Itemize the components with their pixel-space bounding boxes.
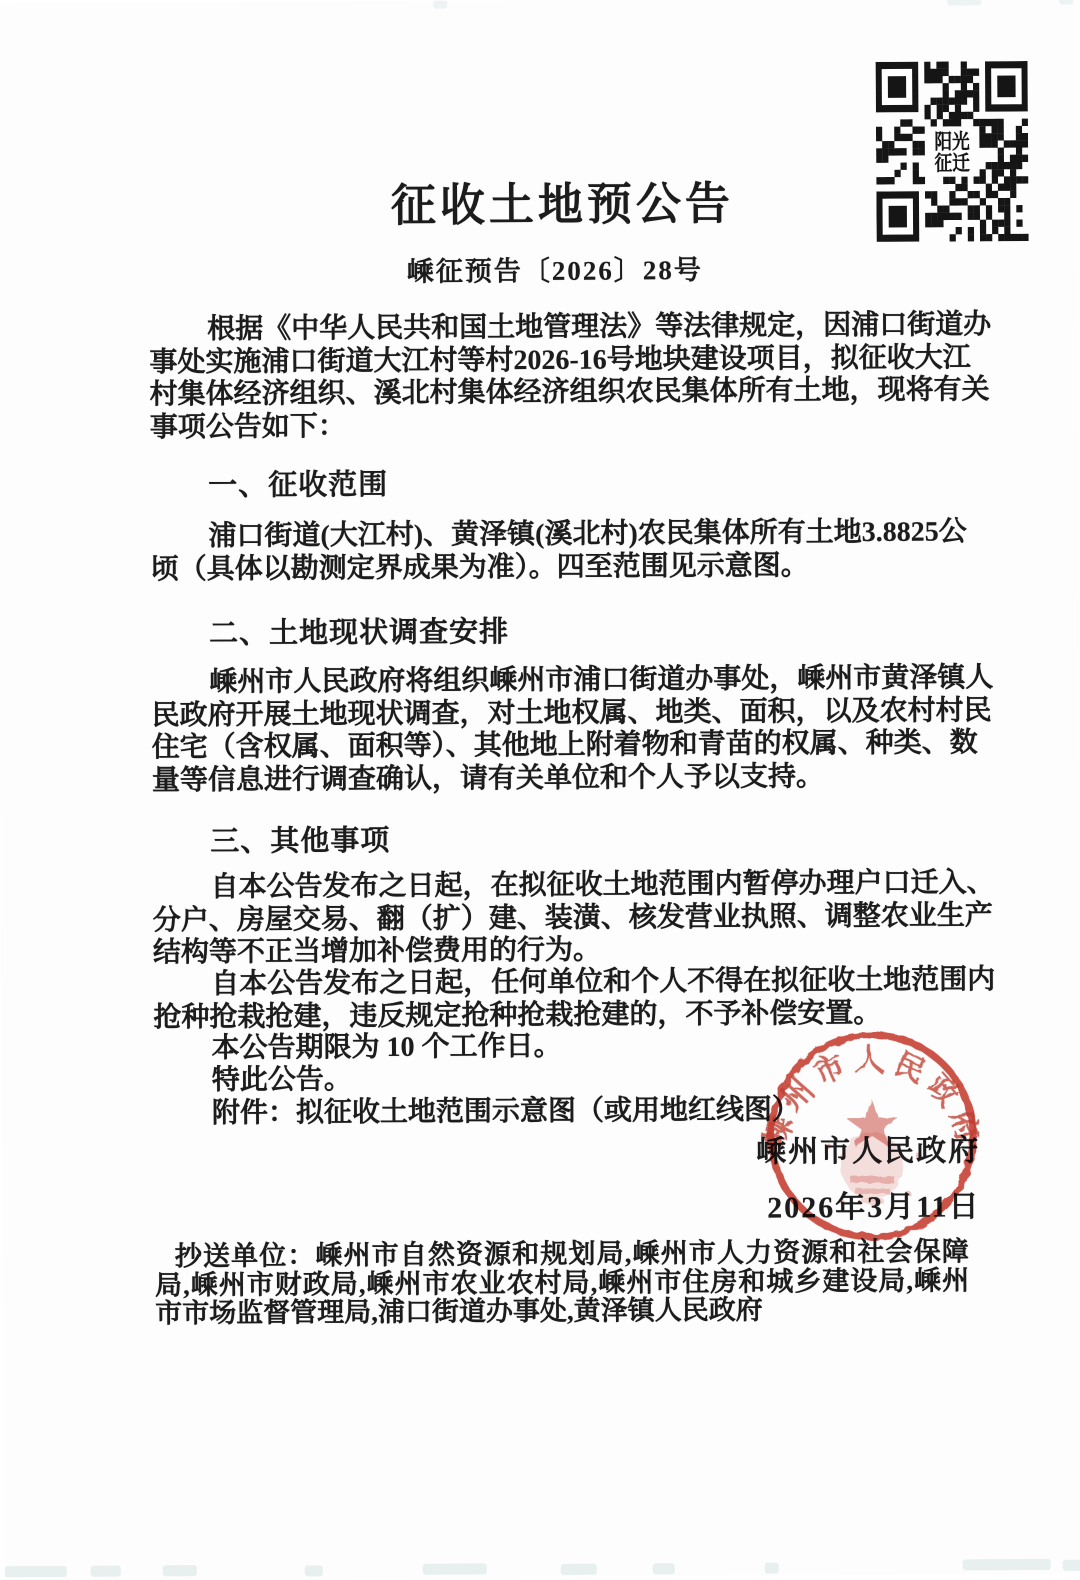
section-heading-3: 三、其他事项 <box>152 814 1024 860</box>
scan-artifact <box>653 1563 675 1574</box>
text-line: 顷（具体以勘测定界成果为准）。四至范围见示意图。 <box>151 549 965 586</box>
text-line: 民政府开展土地现状调查，对土地权属、地类、面积，以及农村村民 <box>151 695 965 732</box>
scan-artifact <box>5 1566 67 1577</box>
scan-artifact <box>561 1564 597 1575</box>
scan-artifact <box>1059 0 1073 5</box>
text-line: 特此公告。 <box>154 1060 968 1097</box>
section-heading-2: 二、土地现状调查安排 <box>151 606 1023 652</box>
text-line: 市市场监督管理局,浦口街道办事处,黄泽镇人民政府 <box>155 1294 969 1327</box>
issuing-authority: 嵊州市人民政府 <box>154 1125 980 1174</box>
qr-label-line1: 阳光 <box>934 129 970 154</box>
section-2-paragraph: 嵊州市人民政府将组织嵊州市浦口街道办事处，嵊州市黄泽镇人民政府开展土地现状调查，… <box>151 662 966 797</box>
scan-artifact <box>433 1 447 9</box>
scan-artifact <box>963 1559 1051 1571</box>
section-heading-1: 一、征收范围 <box>150 458 1022 504</box>
text-line: 事项公告如下： <box>150 407 964 444</box>
scan-artifact <box>305 1565 323 1576</box>
text-line: 根据《中华人民共和国土地管理法》等法律规定，因浦口街道办 <box>149 309 963 346</box>
issue-date: 2026年3月11日 <box>154 1181 980 1230</box>
text-line: 分户、房屋交易、翻（扩）建、装潢、核发营业执照、调整农业生产 <box>153 900 967 937</box>
scan-artifact <box>163 1565 197 1576</box>
page-title: 征收土地预公告 <box>22 165 1080 237</box>
text-line: 嵊州市人民政府将组织嵊州市浦口街道办事处，嵊州市黄泽镇人 <box>151 662 965 699</box>
scan-artifact <box>947 0 981 5</box>
scan-artifact <box>423 1563 487 1574</box>
intro-paragraph: 根据《中华人民共和国土地管理法》等法律规定，因浦口街道办事处实施浦口街道大江村等… <box>149 309 964 444</box>
scan-artifact <box>91 1566 121 1577</box>
section-1-paragraph: 浦口街道(大江村)、黄泽镇(溪北村)农民集体所有土地3.8825公顷（具体以勘测… <box>150 516 964 586</box>
doc-number: 嵊征预告〔2026〕28号 <box>149 246 961 290</box>
text-line: 自本公告发布之日起，任何单位和个人不得在拟征收土地范围内 <box>153 964 967 1001</box>
text-line: 局,嵊州市财政局,嵊州市农业农村局,嵊州市住房和城乡建设局,嵊州 <box>155 1266 969 1299</box>
section-3-paragraph-1: 自本公告发布之日起，在拟征收土地范围内暂停办理户口迁入、分户、房屋交易、翻（扩）… <box>153 867 968 969</box>
scan-artifact <box>1063 1560 1080 1571</box>
text-line: 村集体经济组织、溪北村集体经济组织农民集体所有土地，现将有关 <box>149 374 963 411</box>
text-line: 事处实施浦口街道大江村等村2026-16号地块建设项目，拟征收大江 <box>149 342 963 379</box>
section-3-paragraph-2: 自本公告发布之日起，任何单位和个人不得在拟征收土地范围内抢种抢栽抢建，违反规定抢… <box>153 964 967 1034</box>
text-line: 量等信息进行调查确认，请有关单位和个人予以支持。 <box>152 760 966 797</box>
hereby-announced-line: 特此公告。 <box>154 1060 968 1097</box>
cc-paragraph: 抄送单位：嵊州市自然资源和规划局,嵊州市人力资源和社会保障局,嵊州市财政局,嵊州… <box>155 1237 970 1327</box>
text-line: 浦口街道(大江村)、黄泽镇(溪北村)农民集体所有土地3.8825公 <box>150 516 964 553</box>
scan-artifact <box>765 1563 779 1574</box>
announcement-page: 阳光 征迁 征收土地预公告 嵊征预告〔2026〕28号 根据《中华人民共和国土地… <box>0 0 1080 1580</box>
text-line: 自本公告发布之日起，在拟征收土地范围内暂停办理户口迁入、 <box>153 867 967 904</box>
text-line: 住宅（含权属、面积等）、其他地上附着物和青苗的权属、种类、数 <box>152 727 966 764</box>
